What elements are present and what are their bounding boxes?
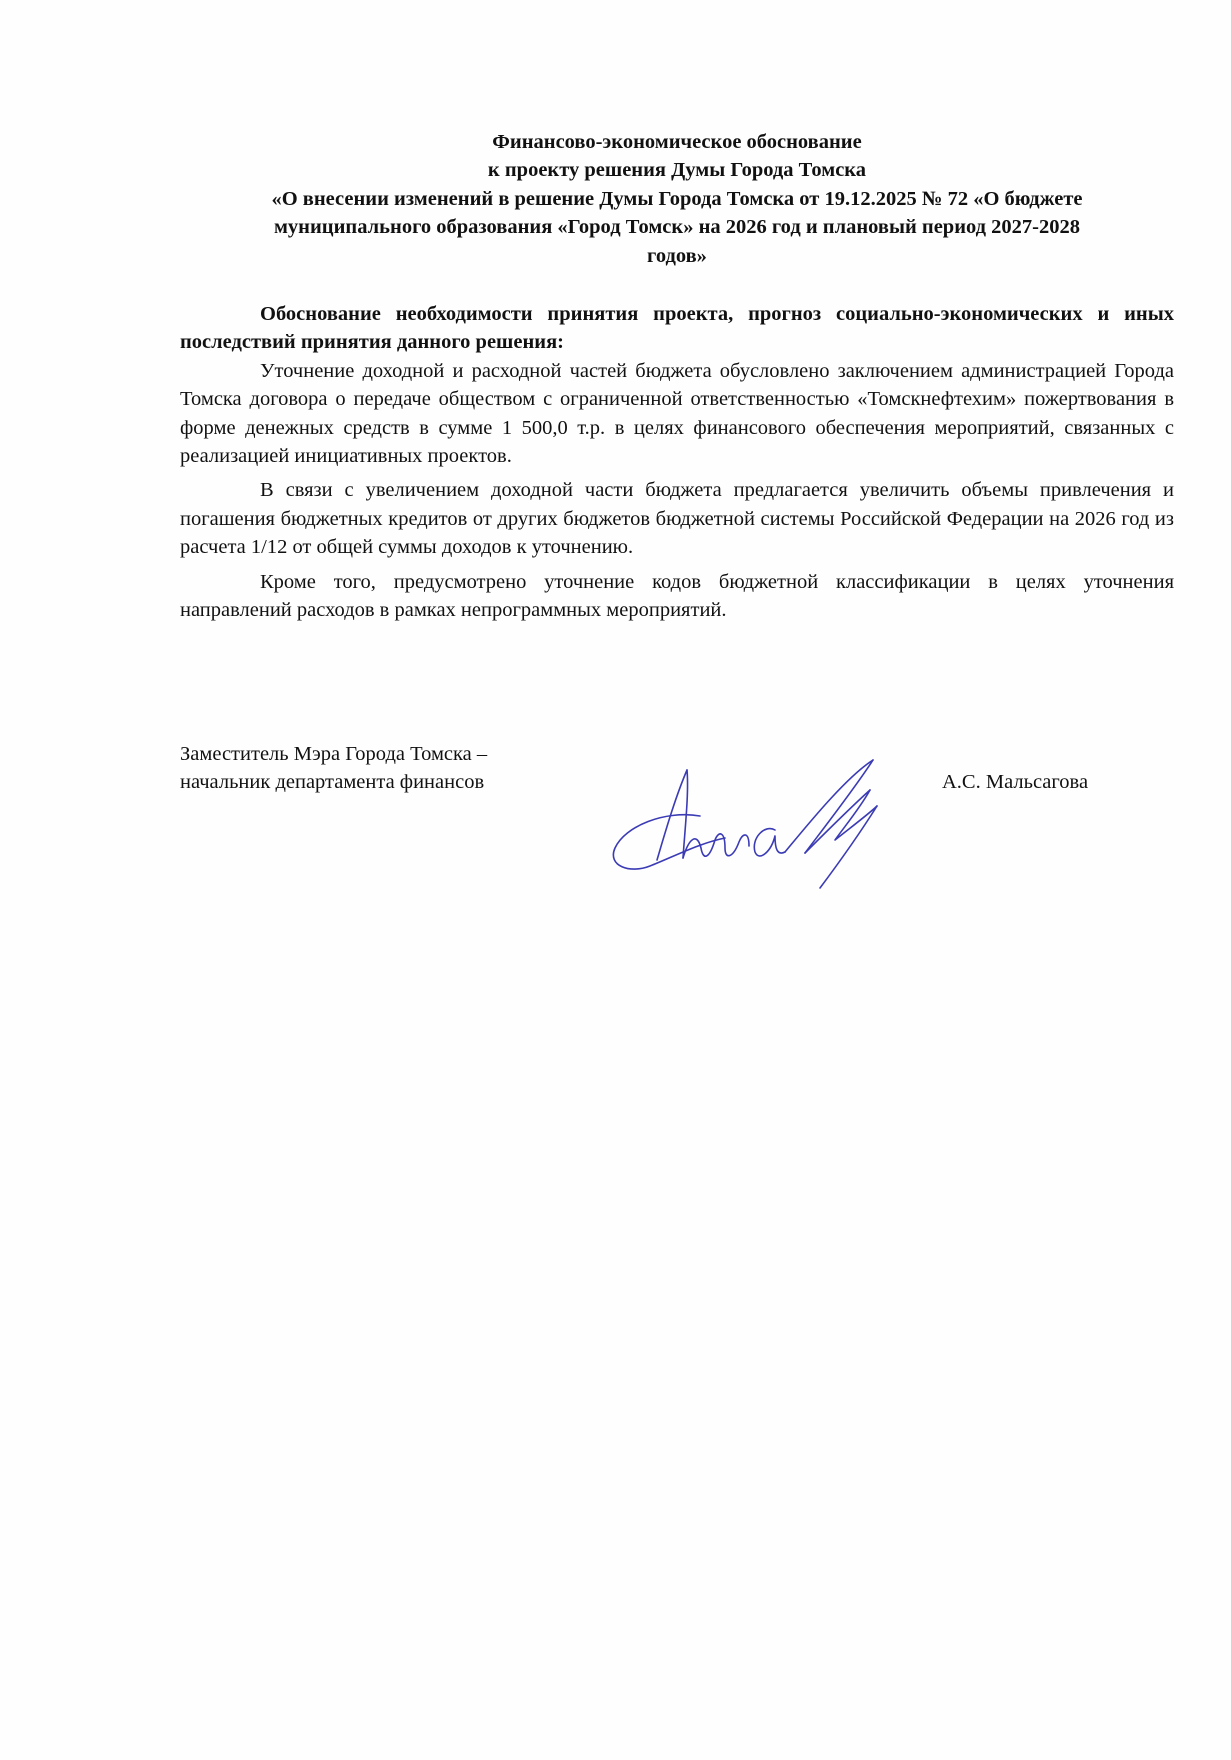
document-body: Финансово-экономическое обоснование к пр… xyxy=(180,128,1174,625)
document-title: Финансово-экономическое обоснование к пр… xyxy=(180,128,1174,270)
signer-name: А.С. Мальсагова xyxy=(942,768,1088,796)
signature-block: Заместитель Мэра Города Томска – начальн… xyxy=(180,740,1174,900)
signer-position: Заместитель Мэра Города Томска – начальн… xyxy=(180,740,487,797)
signer-position-line-1: Заместитель Мэра Города Томска – xyxy=(180,740,487,768)
title-line-2: к проекту решения Думы Города Томска xyxy=(180,156,1174,184)
paragraph-2: В связи с увеличением доходной части бюд… xyxy=(180,476,1174,561)
title-line-3: «О внесении изменений в решение Думы Гор… xyxy=(180,185,1174,213)
document-page: Финансово-экономическое обоснование к пр… xyxy=(0,0,1231,1760)
title-line-5: годов» xyxy=(180,242,1174,270)
section-heading: Обоснование необходимости принятия проек… xyxy=(180,300,1174,357)
handwritten-signature-icon xyxy=(605,748,905,893)
title-line-1: Финансово-экономическое обоснование xyxy=(180,128,1174,156)
title-line-4: муниципального образования «Город Томск»… xyxy=(180,213,1174,241)
signer-position-line-2: начальник департамента финансов xyxy=(180,768,487,796)
paragraph-3: Кроме того, предусмотрено уточнение кодо… xyxy=(180,568,1174,625)
paragraph-1: Уточнение доходной и расходной частей бю… xyxy=(180,357,1174,471)
